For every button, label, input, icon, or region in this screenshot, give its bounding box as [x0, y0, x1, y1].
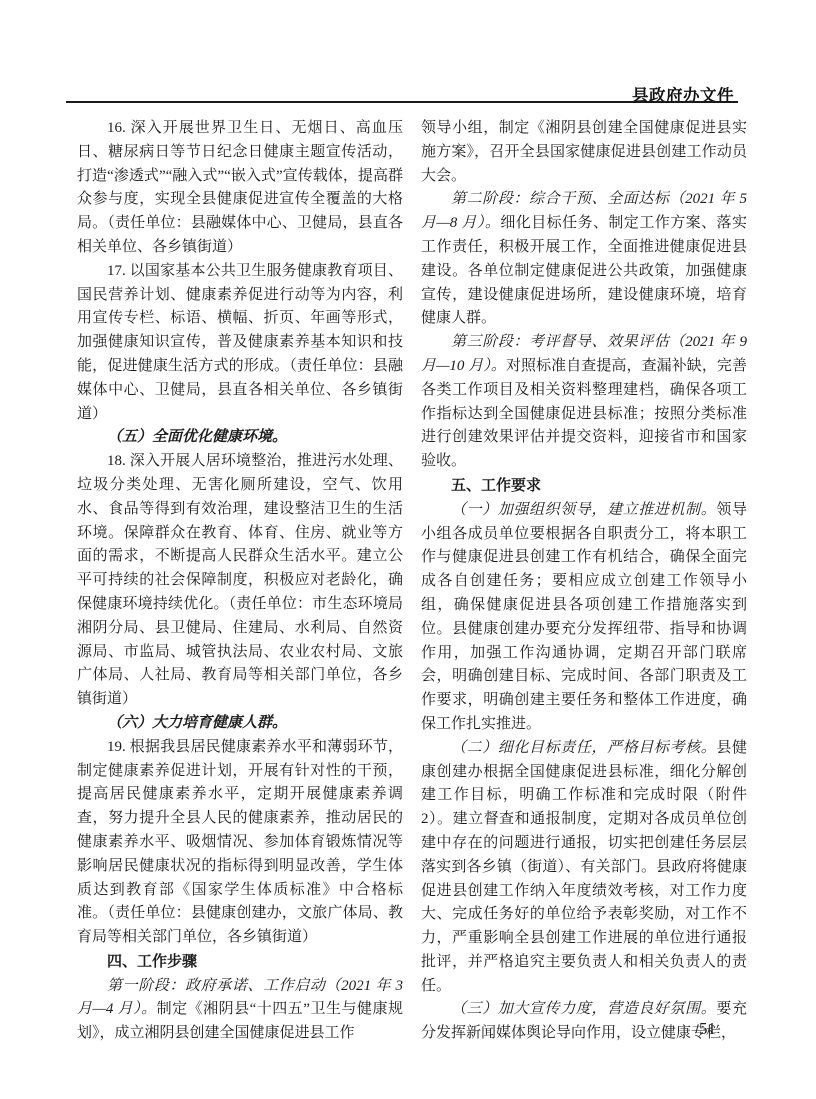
- paragraph: 领导小组，制定《湘阴县创建全国健康促进县实施方案》，召开全县国家健康促进县创建工…: [421, 117, 747, 188]
- text-segment: （一）加强组织领导，建立推进机制。: [451, 502, 716, 518]
- paragraph: 18. 深入开展人居环境整治，推进污水处理、垃圾分类处理、无害化厕所建设，空气、…: [77, 450, 403, 712]
- paragraph: 四、工作步骤: [77, 950, 403, 975]
- text-columns: 16. 深入开展世界卫生日、无烟日、高血压日、糖尿病日等节日纪念日健康主题宣传活…: [77, 117, 747, 1046]
- text-segment: 19. 根据我县居民健康素养水平和薄弱环节，制定健康素养促进计划，开展有针对性的…: [77, 739, 403, 945]
- paragraph: 第二阶段：综合干预、全面达标（2021 年 5月—8 月）。细化目标任务、制定工…: [421, 188, 747, 331]
- paragraph: 五、工作要求: [421, 474, 747, 499]
- text-segment: （五）全面优化健康环境。: [107, 429, 287, 445]
- text-segment: 领导小组各成员单位要根据各自职责分工，将本职工作与健康促进县创建工作有机结合，确…: [421, 502, 747, 732]
- paragraph: （六）大力培育健康人群。: [77, 712, 403, 736]
- text-segment: 对照标准自查提高，查漏补缺，完善各类工作项目及相关资料整理建档，确保各项工作指标…: [421, 358, 747, 469]
- paragraph: （一）加强组织领导，建立推进机制。领导小组各成员单位要根据各自职责分工，将本职工…: [421, 499, 747, 737]
- right-column: 领导小组，制定《湘阴县创建全国健康促进县实施方案》，召开全县国家健康促进县创建工…: [421, 117, 747, 1046]
- paragraph: 第一阶段：政府承诺、工作启动（2021 年 3月—4 月）。制定《湘阴县“十四五…: [77, 975, 403, 1046]
- paragraph: （二）细化目标责任，严格目标考核。县健康创建办根据全国健康促进县标准，细化分解创…: [421, 737, 747, 999]
- text-segment: 领导小组，制定《湘阴县创建全国健康促进县实施方案》，召开全县国家健康促进县创建工…: [421, 120, 747, 184]
- text-segment: 18. 深入开展人居环境整治，推进污水处理、垃圾分类处理、无害化厕所建设，空气、…: [77, 453, 403, 707]
- paragraph: 第三阶段：考评督导、效果评估（2021 年 9月—10 月）。对照标准自查提高，…: [421, 331, 747, 474]
- section-heading: 五、工作要求: [451, 477, 541, 494]
- paragraph: 19. 根据我县居民健康素养水平和薄弱环节，制定健康素养促进计划，开展有针对性的…: [77, 736, 403, 950]
- document-page: 县政府办文件 16. 深入开展世界卫生日、无烟日、高血压日、糖尿病日等节日纪念日…: [0, 0, 816, 1099]
- text-segment: 17. 以国家基本公共卫生服务健康教育项目、国民营养计划、健康素养促进行动等为内…: [77, 263, 403, 422]
- page-number: 51: [699, 1019, 716, 1039]
- text-segment: （二）细化目标责任，严格目标考核。: [451, 740, 716, 756]
- left-column: 16. 深入开展世界卫生日、无烟日、高血压日、糖尿病日等节日纪念日健康主题宣传活…: [77, 117, 403, 1046]
- paragraph: 17. 以国家基本公共卫生服务健康教育项目、国民营养计划、健康素养促进行动等为内…: [77, 260, 403, 427]
- paragraph: 16. 深入开展世界卫生日、无烟日、高血压日、糖尿病日等节日纪念日健康主题宣传活…: [77, 117, 403, 260]
- header-divider-rule: [66, 101, 738, 103]
- text-segment: （三）加大宣传力度，营造良好氛围。: [451, 1001, 716, 1017]
- text-segment: 细化目标任务、制定工作方案、落实工作责任，积极开展工作，全面推进健康促进县建设。…: [421, 215, 747, 326]
- paragraph: （五）全面优化健康环境。: [77, 426, 403, 450]
- text-segment: （六）大力培育健康人群。: [107, 715, 287, 731]
- text-segment: 县健康创建办根据全国健康促进县标准，细化分解创建工作目标，明确工作标准和完成时限…: [421, 740, 747, 994]
- section-heading: 四、工作步骤: [107, 953, 197, 970]
- text-segment: 16. 深入开展世界卫生日、无烟日、高血压日、糖尿病日等节日纪念日健康主题宣传活…: [77, 120, 403, 255]
